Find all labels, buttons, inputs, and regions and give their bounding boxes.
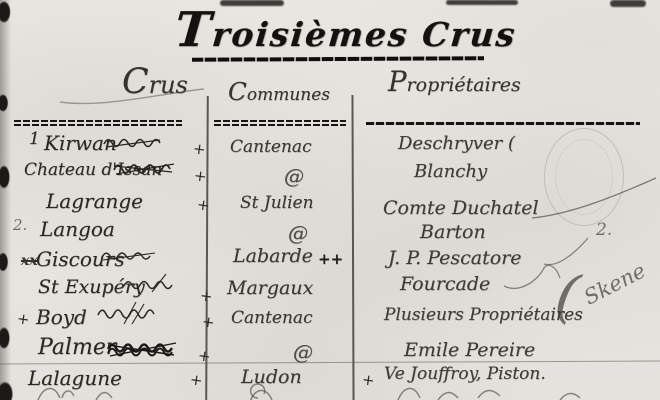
proprietaire-name: Deschryver ( — [398, 133, 515, 154]
commune-name: Cantenac — [230, 137, 312, 157]
commune-name: Cantenac — [231, 308, 313, 328]
ink-scribble — [122, 276, 182, 294]
check-mark: + — [192, 139, 207, 159]
ditto-mark: @ — [288, 221, 308, 245]
column-header-communes: Communes — [228, 77, 330, 106]
margin-plus: + — [16, 309, 31, 329]
proprietaire-name: Ve Jouffroy, Piston. — [384, 364, 546, 384]
ditto-mark: @ — [293, 340, 313, 364]
ink-scribble — [100, 248, 158, 264]
strike-mark: ++ — [318, 250, 343, 268]
cru-name: Palmer — [38, 335, 116, 360]
check-mark: + — [199, 286, 214, 306]
column-header-proprietaires: Propriétaires — [388, 66, 521, 98]
check-mark: + — [193, 166, 208, 186]
cru-name: Lagrange — [46, 189, 143, 213]
title-underline — [192, 56, 484, 62]
proprietaire-name: Comte Duchatel — [383, 197, 539, 219]
film-edge-left — [0, 0, 14, 400]
cru-name: Langoa — [40, 217, 115, 241]
proprietaire-name: Plusieurs Propriétaires — [384, 305, 583, 325]
proprietaire-name: Blanchy — [414, 161, 487, 182]
margin-number: 1 — [29, 129, 40, 149]
pen-flourish — [502, 264, 564, 292]
proprietaire-name: Fourcade — [400, 273, 490, 295]
ink-scribble — [112, 158, 178, 178]
proprietaire-name: Emile Pereire — [404, 339, 535, 361]
check-mark: + — [196, 195, 211, 215]
header-separator — [14, 120, 182, 126]
ink-scribble-heavy — [106, 340, 182, 358]
page-title: Troisièmes Crus — [173, 2, 508, 58]
commune-name: St Julien — [240, 193, 314, 213]
pen-flourish — [528, 172, 660, 222]
ink-scribble — [102, 134, 164, 152]
column-rule — [351, 95, 354, 400]
cru-name: Boyd — [36, 305, 87, 329]
scan-smudge — [610, 0, 646, 7]
pen-flourish — [58, 86, 208, 106]
header-separator — [366, 122, 640, 125]
ditto-mark: @ — [284, 164, 304, 188]
margin-number: 2. — [596, 220, 612, 240]
commune-name: Labarde — [233, 245, 313, 267]
pencil-rule — [0, 361, 660, 365]
header-separator — [214, 120, 346, 126]
commune-name: Margaux — [227, 277, 313, 299]
ink-scribble — [96, 304, 160, 324]
check-mark: + — [201, 312, 216, 332]
manuscript-page: Troisièmes Crus Crus Communes Propriétai… — [0, 0, 660, 400]
margin-number: 2. — [13, 216, 27, 234]
proprietaire-name: Barton — [420, 221, 486, 243]
clipped-row-strokes — [0, 384, 660, 400]
